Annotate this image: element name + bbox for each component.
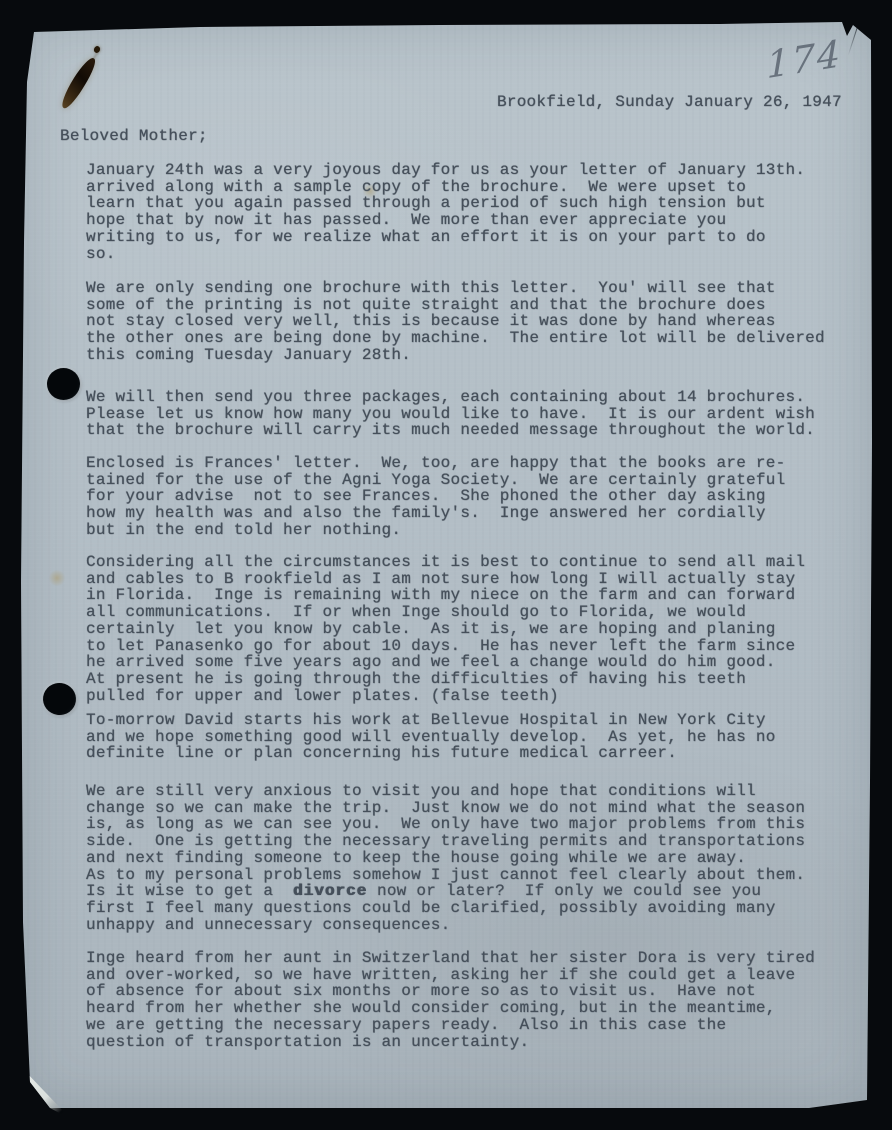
burn-spot	[93, 45, 101, 54]
paragraph-1: January 24th was a very joyous day for u…	[86, 162, 805, 262]
corner-fold	[28, 1068, 82, 1120]
paragraph-2: We are only sending one brochure with th…	[86, 280, 825, 364]
handwritten-page-number: 174	[766, 32, 842, 87]
dateline: Brookfield, Sunday January 26, 1947	[497, 94, 842, 111]
paragraph-6: To-morrow David starts his work at Belle…	[86, 712, 776, 762]
paragraph-5: Considering all the circumstances it is …	[86, 554, 805, 704]
paragraph-7: We are still very anxious to visit you a…	[86, 783, 805, 933]
punch-hole-bottom	[41, 681, 78, 717]
paper-stain	[48, 570, 66, 586]
paragraph-8: Inge heard from her aunt in Switzerland …	[86, 950, 815, 1050]
salutation: Beloved Mother;	[60, 128, 208, 145]
scan-background: 174 Brookfield, Sunday January 26, 1947 …	[0, 0, 892, 1130]
letter-page: 174 Brookfield, Sunday January 26, 1947 …	[20, 22, 872, 1108]
overstruck-word-divorce: divorce	[293, 882, 367, 900]
punch-hole-top	[47, 368, 80, 400]
corner-crease	[848, 23, 859, 56]
paragraph-4: Enclosed is Frances' letter. We, too, ar…	[86, 455, 785, 539]
paragraph-3: We will then send you three packages, ea…	[86, 389, 815, 439]
burn-mark	[58, 55, 100, 111]
